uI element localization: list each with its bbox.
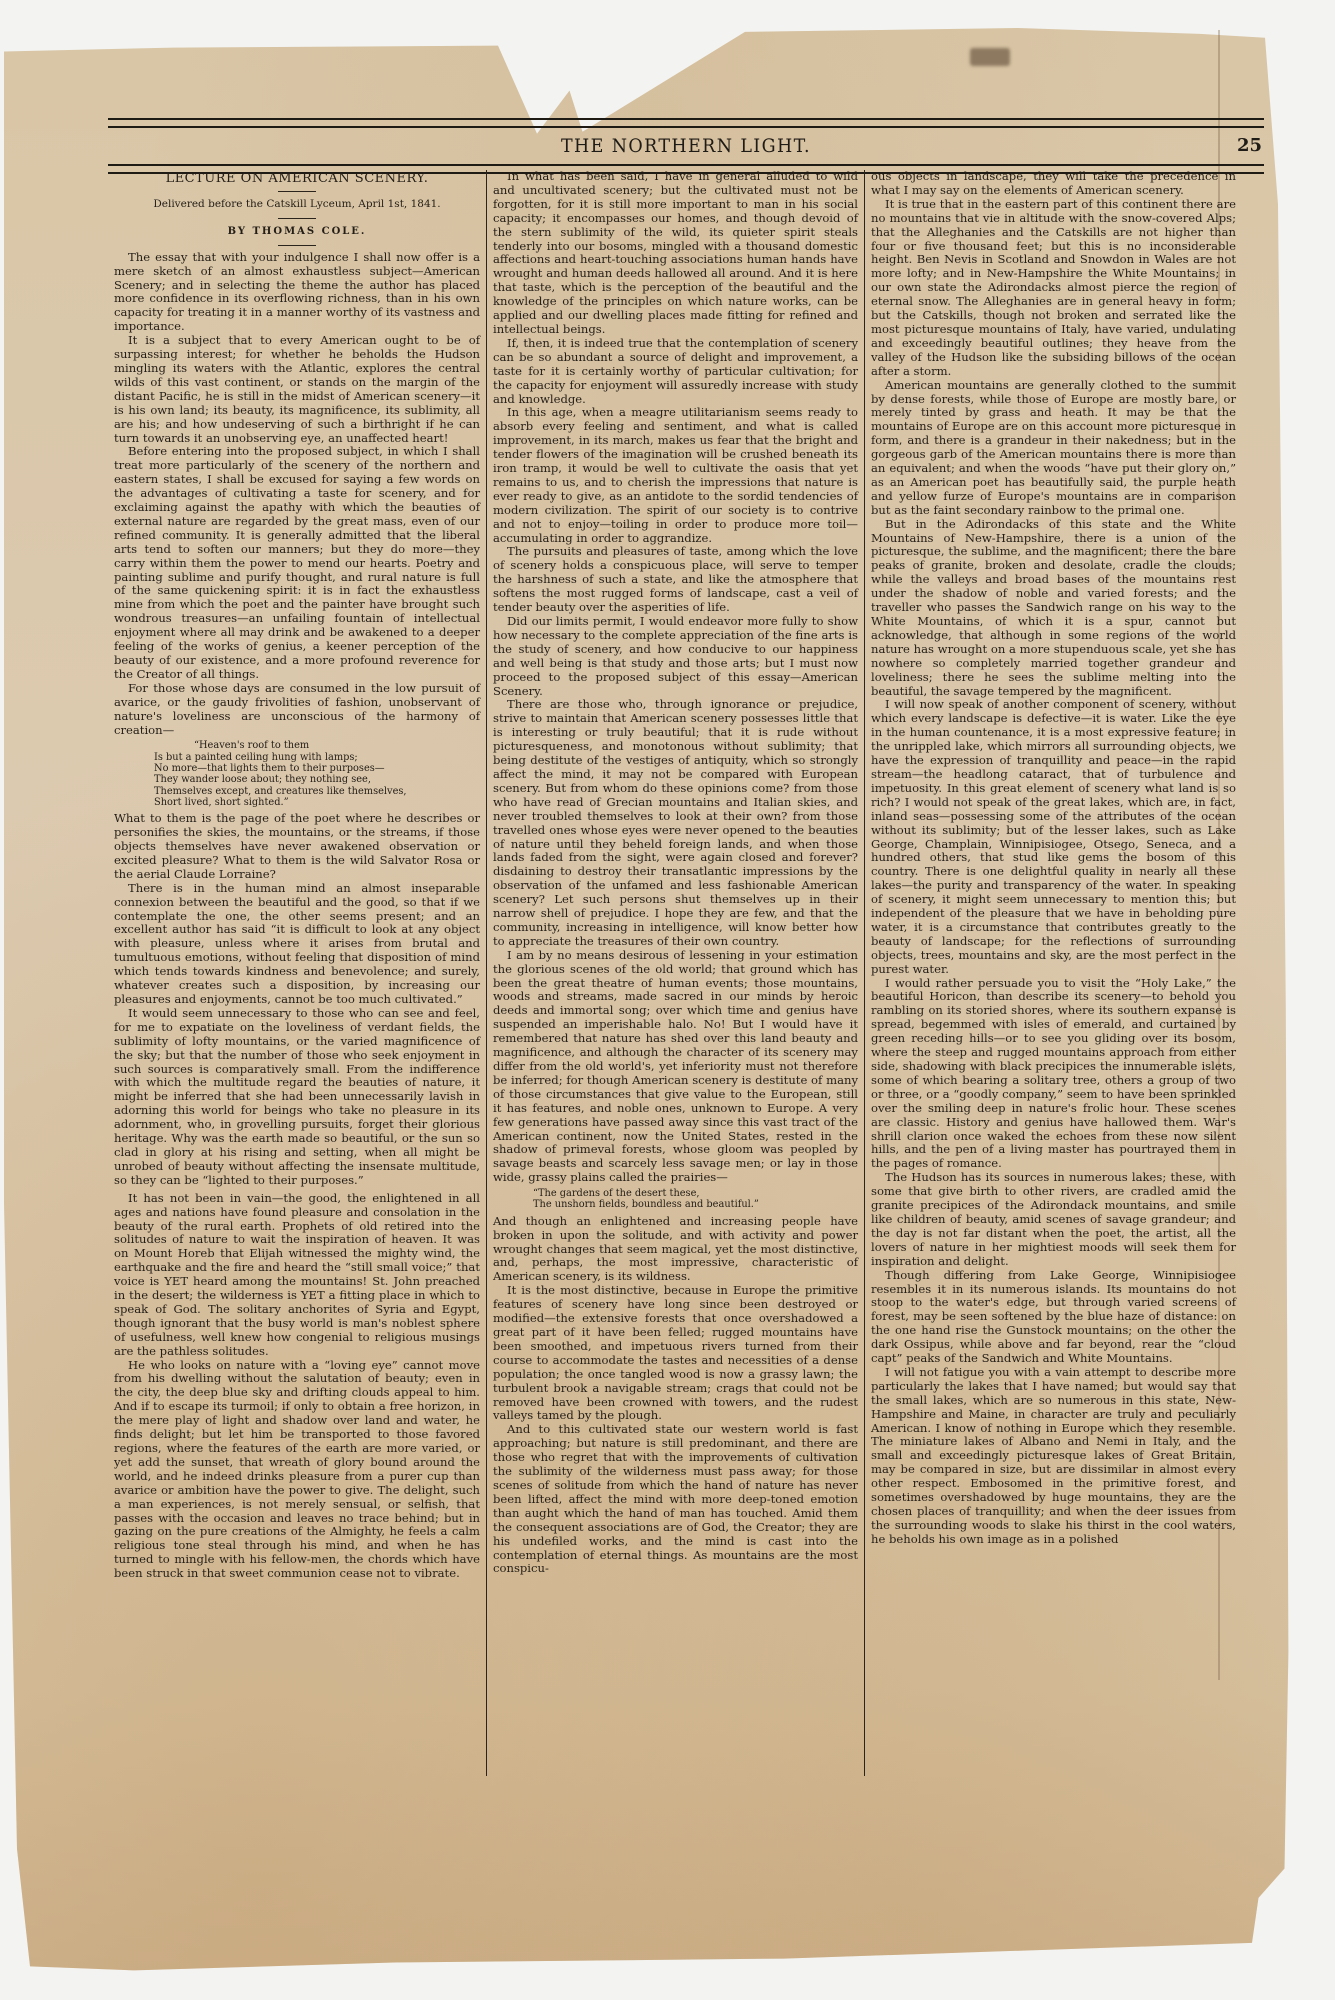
- paragraph: Before entering into the proposed subjec…: [114, 445, 480, 681]
- paragraph: I am by no means desirous of lessening i…: [493, 949, 858, 1185]
- poem-line: No more—that lights them to their purpos…: [154, 763, 480, 774]
- ink-stain: [970, 48, 1010, 66]
- paragraph: It is a subject that to every American o…: [114, 334, 480, 445]
- paragraph: Though differing from Lake George, Winni…: [871, 1269, 1236, 1366]
- paragraph: It is the most distinctive, because in E…: [493, 1284, 858, 1423]
- page-number: 25: [1237, 135, 1262, 156]
- header-top-rule: [108, 118, 1264, 128]
- byline-divider: [278, 245, 316, 246]
- paragraph: There is in the human mind an almost ins…: [114, 882, 480, 1007]
- paragraph: But in the Adirondacks of this state and…: [871, 518, 1236, 699]
- paragraph: Did our limits permit, I would endeavor …: [493, 615, 858, 698]
- poem-line: “Heaven's roof to them: [154, 740, 480, 751]
- poem-line: “The gardens of the desert these,: [533, 1188, 858, 1199]
- paragraph: I will now speak of another component of…: [871, 698, 1236, 976]
- poem-quote: “Heaven's roof to them Is but a painted …: [154, 740, 480, 808]
- masthead-title: THE NORTHERN LIGHT.: [154, 135, 1218, 157]
- poem-line: Short lived, short sighted.”: [154, 797, 480, 808]
- paragraph: I would rather persuade you to visit the…: [871, 977, 1236, 1172]
- page-header: THE NORTHERN LIGHT. 25: [108, 118, 1264, 174]
- poem-line: They wander loose about; they nothing se…: [154, 774, 480, 785]
- paragraph: What to them is the page of the poet whe…: [114, 812, 480, 882]
- poem-line: Is but a painted ceiling hung with lamps…: [154, 752, 480, 763]
- paragraph: In this age, when a meagre utilitarianis…: [493, 406, 858, 545]
- title-divider: [278, 191, 316, 192]
- paragraph: American mountains are generally clothed…: [871, 379, 1236, 518]
- paragraph: The essay that with your indulgence I sh…: [114, 251, 480, 334]
- subtitle-divider: [278, 218, 316, 219]
- poem-quote: “The gardens of the desert these, The un…: [533, 1188, 858, 1211]
- paragraph: In what has been said, I have in general…: [493, 170, 858, 337]
- article-title: LECTURE ON AMERICAN SCENERY.: [114, 172, 480, 186]
- paragraph: There are those who, through ignorance o…: [493, 698, 858, 948]
- poem-line: Themselves except, and creatures like th…: [154, 786, 480, 797]
- article-columns: LECTURE ON AMERICAN SCENERY. Delivered b…: [108, 170, 1264, 1776]
- paragraph: I will not fatigue you with a vain attem…: [871, 1366, 1236, 1547]
- article-byline: BY THOMAS COLE.: [114, 225, 480, 239]
- paragraph: And to this cultivated state our western…: [493, 1423, 858, 1576]
- paragraph: It has not been in vain—the good, the en…: [114, 1192, 480, 1359]
- paragraph: ous objects in landscape, they will take…: [871, 170, 1236, 198]
- paragraph: For those whose days are consumed in the…: [114, 682, 480, 738]
- poem-line: The unshorn fields, boundless and beauti…: [533, 1199, 858, 1210]
- paragraph: It is true that in the eastern part of t…: [871, 198, 1236, 379]
- paragraph: The Hudson has its sources in numerous l…: [871, 1171, 1236, 1268]
- paragraph: He who looks on nature with a “loving ey…: [114, 1359, 480, 1582]
- paragraph: And though an enlightened and increasing…: [493, 1215, 858, 1285]
- paragraph: The pursuits and pleasures of taste, amo…: [493, 545, 858, 615]
- column-3: ous objects in landscape, they will take…: [864, 170, 1242, 1776]
- column-1: LECTURE ON AMERICAN SCENERY. Delivered b…: [108, 170, 486, 1776]
- article-subtitle: Delivered before the Catskill Lyceum, Ap…: [114, 198, 480, 212]
- paragraph: It would seem unnecessary to those who c…: [114, 1007, 480, 1188]
- paragraph: If, then, it is indeed true that the con…: [493, 337, 858, 407]
- column-2: In what has been said, I have in general…: [486, 170, 864, 1776]
